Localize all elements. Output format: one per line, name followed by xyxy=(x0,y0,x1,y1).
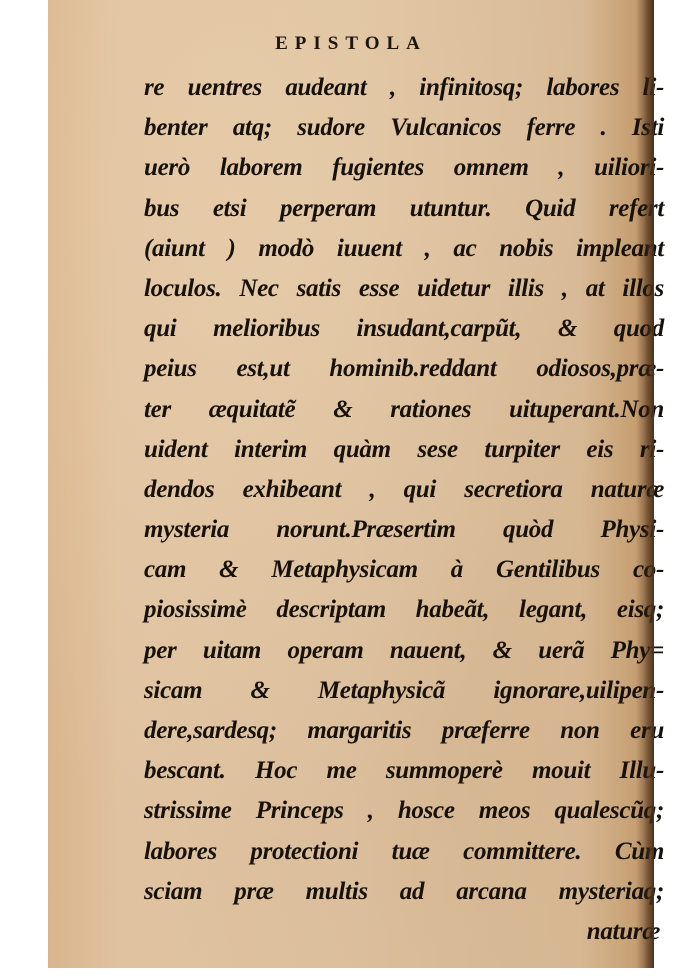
text-line: strissime Princeps , hosce meos qualescũ… xyxy=(144,791,664,831)
text-line: uerò laborem fugientes omnem , uiliori- xyxy=(144,148,664,188)
text-line: mysteria norunt.Præsertim quòd Physi- xyxy=(144,510,664,550)
text-line: (aiunt ) modò iuuent , ac nobis impleant xyxy=(144,229,664,269)
text-line: per uitam operam nauent, & uerã Phy= xyxy=(144,631,664,671)
catchword: naturæ xyxy=(144,912,664,952)
text-line: dere,sardesq; margaritis præferre non er… xyxy=(144,711,664,751)
text-line: peius est,ut hominib.reddant odiosos,præ… xyxy=(144,349,664,389)
running-head: EPISTOLA xyxy=(48,33,654,55)
text-line: bescant. Hoc me summoperè mouit Illu- xyxy=(144,751,664,791)
text-line: bus etsi perperam utuntur. Quid refert xyxy=(144,189,664,229)
text-line: uident interim quàm sese turpiter eis ri… xyxy=(144,430,664,470)
text-line: qui melioribus insudant,carpũt, & quod xyxy=(144,309,664,349)
text-line: cam & Metaphysicam à Gentilibus co- xyxy=(144,550,664,590)
text-line: piosissimè descriptam habeãt, legant, ei… xyxy=(144,590,664,630)
text-line: sciam præ multis ad arcana mysteriaq; xyxy=(144,872,664,912)
body-text: re uentres audeant , infinitosq; labores… xyxy=(144,68,664,952)
text-line: benter atq; sudore Vulcanicos ferre . Is… xyxy=(144,108,664,148)
text-line: labores protectioni tuæ committere. Cùm xyxy=(144,832,664,872)
text-line: sicam & Metaphysicã ignorare,uilipen- xyxy=(144,671,664,711)
text-line: dendos exhibeant , qui secretiora naturæ xyxy=(144,470,664,510)
text-line: re uentres audeant , infinitosq; labores… xyxy=(144,68,664,108)
text-line: loculos. Nec satis esse uidetur illis , … xyxy=(144,269,664,309)
text-line: ter æquitatẽ & rationes uituperant.Non xyxy=(144,390,664,430)
book-page: EPISTOLA re uentres audeant , infinitosq… xyxy=(48,0,654,968)
